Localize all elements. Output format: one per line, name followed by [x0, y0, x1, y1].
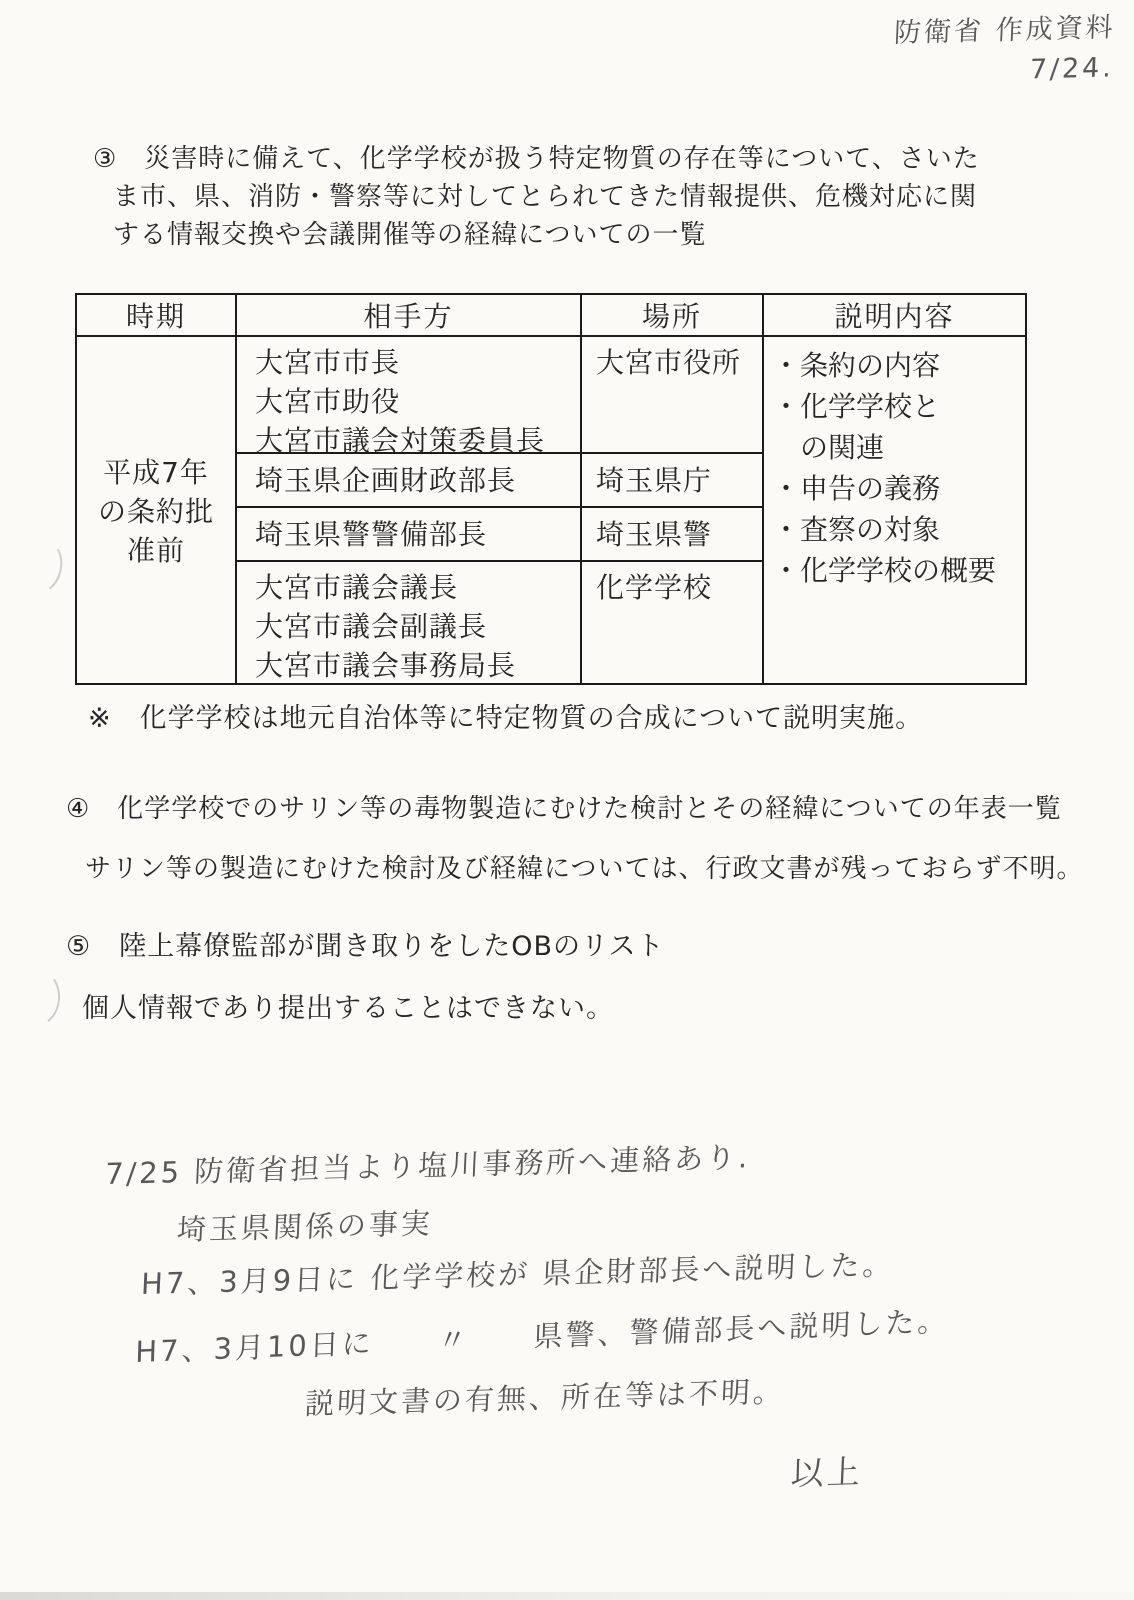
table-body: 平成7年 の条約批 准前 大宮市市長 大宮市助役 大宮市議会対策委員長 大宮市役… — [77, 337, 1025, 685]
table-cell-counterpart: 大宮市議会議長 大宮市議会副議長 大宮市議会事務局長 — [237, 562, 582, 685]
table-row: 埼玉県警警備部長 埼玉県警 — [237, 508, 764, 562]
table-cell-explanation: ・条約の内容 ・化学学校と の関連 ・申告の義務 ・査察の対象 ・化学学校の概要 — [764, 337, 1025, 685]
handwritten-note-march10: H7、3月10日に 〃 県警、警備部長へ説明した。 — [135, 1299, 950, 1371]
table-header-place: 場所 — [582, 295, 764, 335]
table-row: 大宮市市長 大宮市助役 大宮市議会対策委員長 大宮市役所 — [237, 337, 764, 454]
stray-pencil-mark — [4, 965, 64, 1032]
table-row: 埼玉県企画財政部長 埼玉県庁 — [237, 454, 764, 508]
item5-heading: ⑤ 陸上幕僚監部が聞き取りをしたOBのリスト — [66, 924, 966, 963]
item3-heading: ③ 災害時に備えて、化学学校が扱う特定物質の存在等について、さいたま市、県、消防… — [93, 140, 1003, 254]
kome-note: ※ 化学学校は地元自治体等に特定物質の合成について説明実施。 — [88, 696, 1088, 735]
handwritten-header-note: 防衛省 作成資料 7/24. — [892, 8, 1117, 94]
table-cell-counterpart: 大宮市市長 大宮市助役 大宮市議会対策委員長 — [237, 337, 582, 452]
table-header-period: 時期 — [77, 295, 237, 335]
table-cell-counterpart: 埼玉県企画財政部長 — [237, 454, 582, 506]
table-cell-place: 埼玉県警 — [582, 508, 764, 560]
briefing-table: 時期 相手方 場所 説明内容 平成7年 の条約批 准前 大宮市市長 大宮市助役 … — [75, 293, 1027, 685]
table-header-counterpart: 相手方 — [237, 295, 582, 335]
table-cell-place: 埼玉県庁 — [582, 454, 764, 506]
scan-bottom-edge-shadow — [0, 1592, 1134, 1600]
table-cell-period: 平成7年 の条約批 准前 — [77, 337, 237, 685]
table-middle-columns: 大宮市市長 大宮市助役 大宮市議会対策委員長 大宮市役所 埼玉県企画財政部長 埼… — [237, 337, 764, 685]
handwritten-note-documents-unknown: 説明文書の有無、所在等は不明。 — [304, 1369, 786, 1423]
handwritten-note-contact: 7/25 防衛省担当より塩川事務所へ連絡あり. — [104, 1135, 751, 1193]
table-cell-counterpart: 埼玉県警警備部長 — [237, 508, 582, 560]
item4-answer: サリン等の製造にむけた検討及び経緯については、行政文書が残っておらず不明。 — [85, 848, 1095, 885]
handwritten-note-saitama-facts: 埼玉県関係の事実 — [176, 1201, 434, 1249]
handwritten-note-ijou: 以上 — [790, 1446, 864, 1495]
table-header-explanation: 説明内容 — [764, 295, 1025, 335]
item5-answer: 個人情報であり提出することはできない。 — [82, 986, 982, 1025]
table-cell-place: 大宮市役所 — [582, 337, 764, 452]
stray-pencil-mark — [13, 534, 68, 598]
table-row: 大宮市議会議長 大宮市議会副議長 大宮市議会事務局長 化学学校 — [237, 562, 764, 685]
table-cell-place: 化学学校 — [582, 562, 764, 685]
table-header-row: 時期 相手方 場所 説明内容 — [77, 295, 1025, 337]
handwritten-note-march9: H7、3月9日に 化学学校が 県企財部長へ説明した。 — [140, 1242, 895, 1303]
scanned-document-page: 防衛省 作成資料 7/24. ③ 災害時に備えて、化学学校が扱う特定物質の存在等… — [0, 0, 1134, 1600]
item4-heading: ④ 化学学校でのサリン等の毒物製造にむけた検討とその経緯についての年表一覧 — [66, 788, 1076, 825]
